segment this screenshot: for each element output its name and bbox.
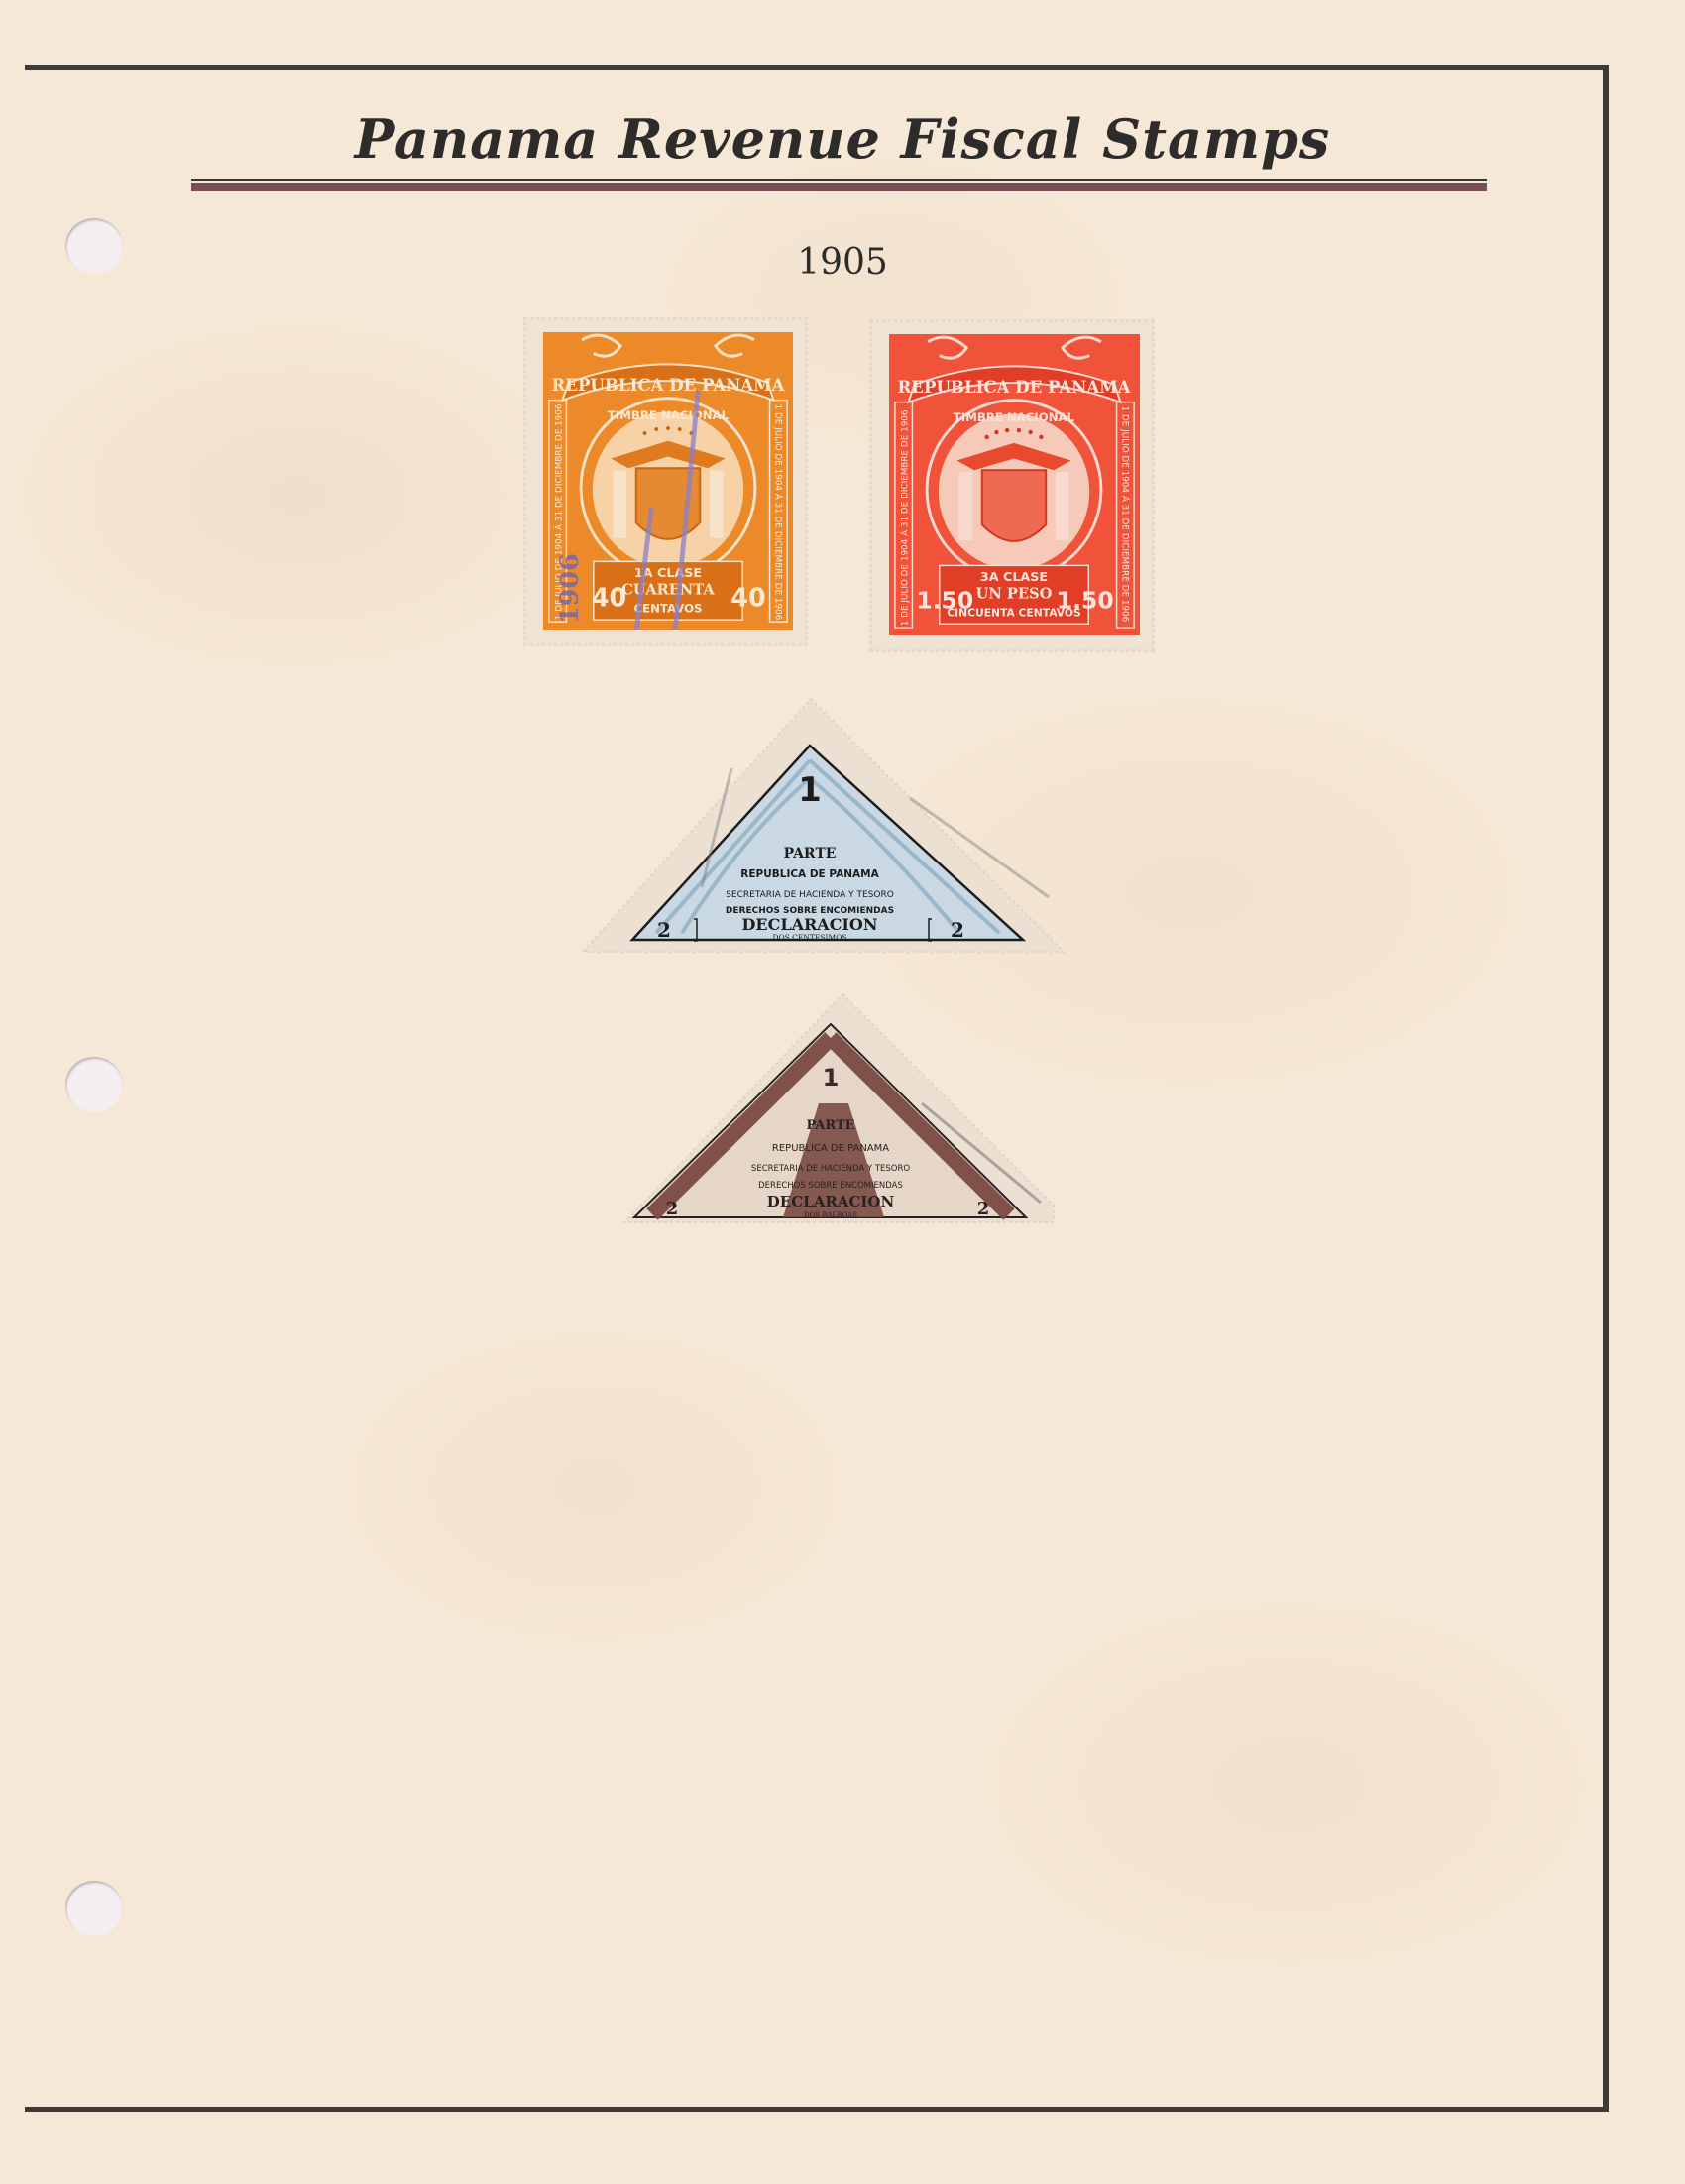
svg-text:2: 2 <box>666 1199 679 1219</box>
title-rule-thick <box>191 183 1487 191</box>
svg-text:1 DE JULIO DE 1904 Á 31 DE DIC: 1 DE JULIO DE 1904 Á 31 DE DICIEMBRE DE … <box>1119 406 1131 623</box>
svg-text:SECRETARIA DE HACIENDA Y TESOR: SECRETARIA DE HACIENDA Y TESORO <box>726 890 894 900</box>
svg-text:DECLARACION: DECLARACION <box>742 915 878 934</box>
stamp-design: REPUBLICA DE PANAMA TIMBRE NACIONAL 3A C… <box>889 334 1140 635</box>
title-rule-thin <box>191 179 1487 181</box>
svg-text:2: 2 <box>951 918 964 942</box>
stamp-blue-triangle-declaracion: 1 PARTE REPUBLICA DE PANAMA SECRETARIA D… <box>583 699 1064 952</box>
svg-text:TIMBRE NACIONAL: TIMBRE NACIONAL <box>608 408 730 422</box>
svg-text:PARTE: PARTE <box>806 1118 854 1133</box>
svg-text:2: 2 <box>657 918 671 942</box>
stamp-red-1-50-peso: REPUBLICA DE PANAMA TIMBRE NACIONAL 3A C… <box>869 319 1155 652</box>
svg-text:DERECHOS SOBRE ENCOMIENDAS: DERECHOS SOBRE ENCOMIENDAS <box>758 1181 903 1191</box>
stamp-design: REPUBLICA DE PANAMA TIMBRE NACIONAL 1A C… <box>543 332 793 630</box>
svg-text:DOS BALBOAS: DOS BALBOAS <box>804 1211 857 1219</box>
svg-text:40: 40 <box>592 582 626 612</box>
svg-text:REPUBLICA DE PANAMA: REPUBLICA DE PANAMA <box>552 375 786 395</box>
svg-text:CENTAVOS: CENTAVOS <box>633 601 702 615</box>
svg-text:1.50: 1.50 <box>1057 586 1114 614</box>
svg-text:1: 1 <box>823 1064 840 1092</box>
svg-text:REPUBLICA DE PANAMA: REPUBLICA DE PANAMA <box>740 868 879 880</box>
svg-text:CUARENTA: CUARENTA <box>621 582 715 599</box>
svg-text:40: 40 <box>730 582 765 612</box>
stamp-orange-40-centavos: REPUBLICA DE PANAMA TIMBRE NACIONAL 1A C… <box>523 317 808 646</box>
coat-of-arms-icon: REPUBLICA DE PANAMA TIMBRE NACIONAL 1A C… <box>543 332 793 630</box>
svg-text:REPUBLICA DE PANAMA: REPUBLICA DE PANAMA <box>898 377 1132 397</box>
year-heading: 1905 <box>0 242 1685 283</box>
svg-text:1: 1 <box>798 770 822 810</box>
svg-text:3A CLASE: 3A CLASE <box>980 569 1048 584</box>
svg-text:1 DE JULIO DE 1904 Á 31 DE DIC: 1 DE JULIO DE 1904 Á 31 DE DICIEMBRE DE … <box>899 409 911 626</box>
svg-text:SECRETARIA DE HACIENDA Y TESOR: SECRETARIA DE HACIENDA Y TESORO <box>751 1164 910 1174</box>
svg-text:1.50: 1.50 <box>916 586 973 614</box>
svg-text:2: 2 <box>977 1199 990 1219</box>
punch-hole-middle <box>65 1057 123 1112</box>
svg-text:TIMBRE NACIONAL: TIMBRE NACIONAL <box>954 410 1075 424</box>
stamp-brown-triangle-declaracion: 1 PARTE REPUBLICA DE PANAMA SECRETARIA D… <box>624 994 1054 1222</box>
svg-text:1 DE JULIO DE 1904 Á 31 DE DIC: 1 DE JULIO DE 1904 Á 31 DE DICIEMBRE DE … <box>772 404 784 621</box>
svg-text:1906: 1906 <box>554 553 584 624</box>
svg-text:DOS CENTESIMOS: DOS CENTESIMOS <box>772 933 846 942</box>
svg-text:REPUBLICA DE PANAMA: REPUBLICA DE PANAMA <box>772 1143 889 1154</box>
svg-text:· UN PESO ·: · UN PESO · <box>965 586 1062 603</box>
svg-text:DECLARACION: DECLARACION <box>767 1193 895 1210</box>
page-title: Panama Revenue Fiscal Stamps <box>0 107 1685 171</box>
punch-hole-bottom <box>65 1881 123 1936</box>
coat-of-arms-icon: REPUBLICA DE PANAMA TIMBRE NACIONAL 3A C… <box>889 334 1140 635</box>
svg-text:PARTE: PARTE <box>784 846 837 862</box>
